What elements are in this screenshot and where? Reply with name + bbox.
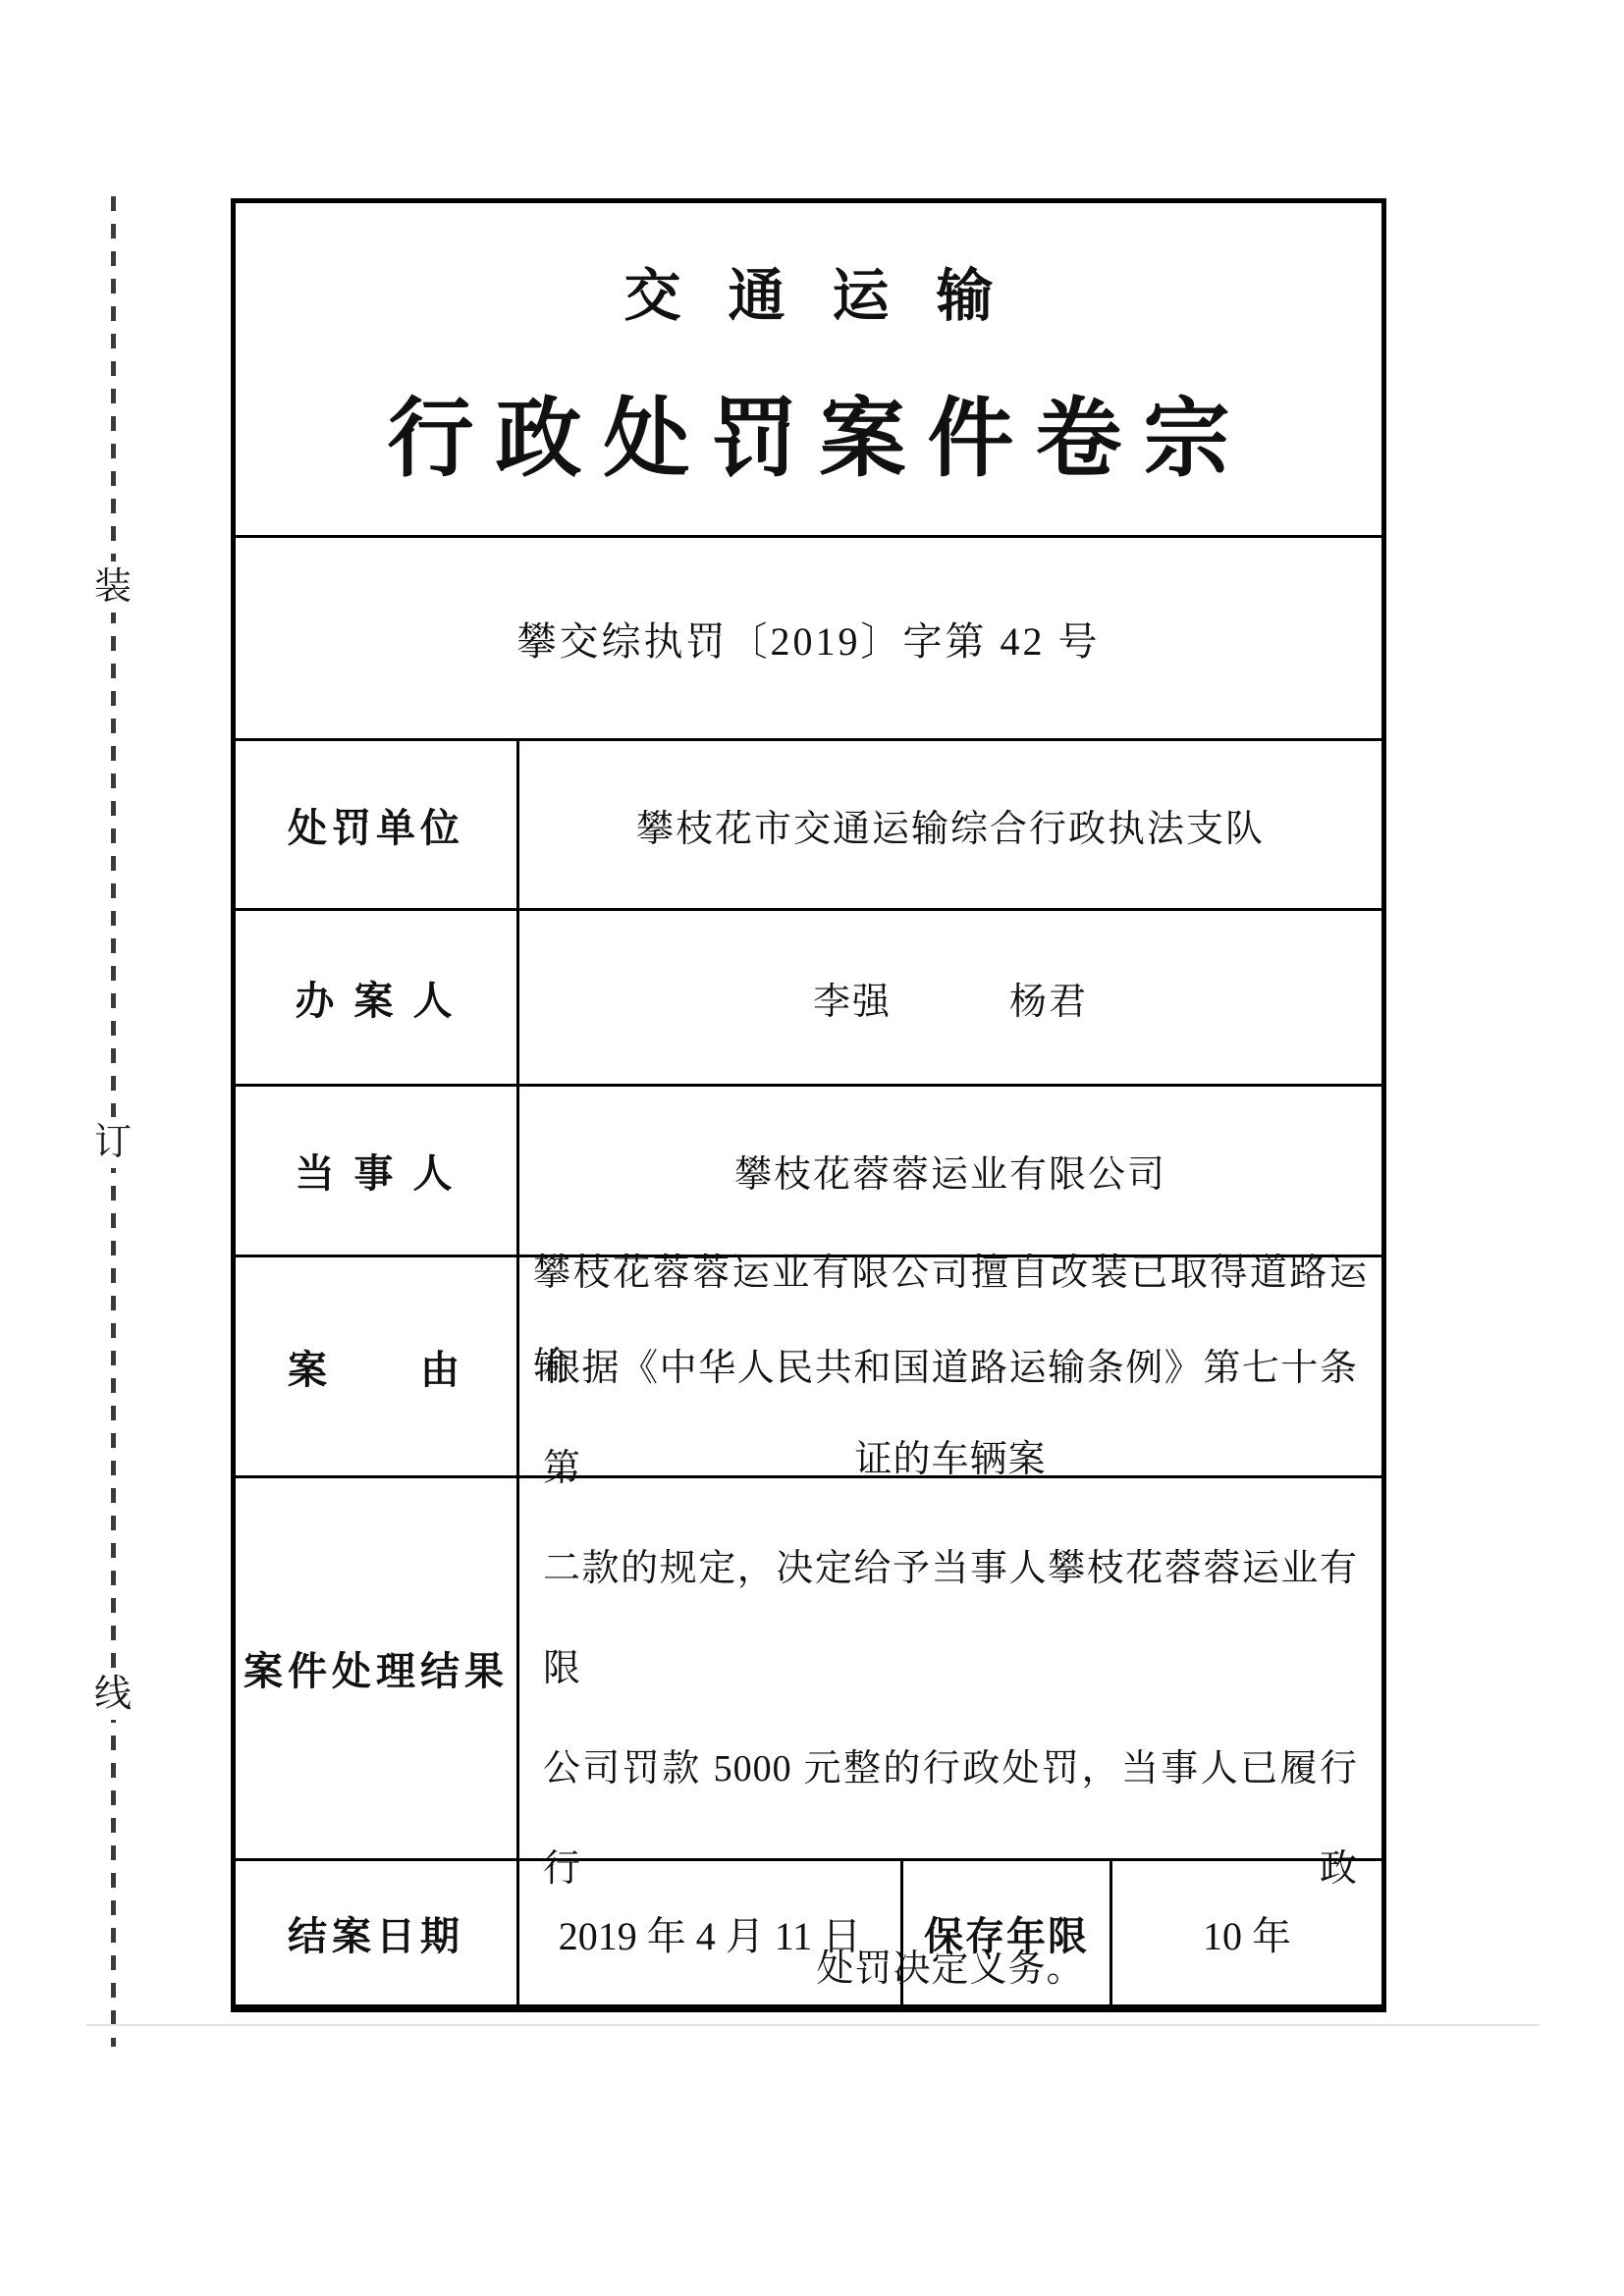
- title-block: 交通运输 行政处罚案件卷宗: [236, 203, 1381, 535]
- binding-char-ding: 订: [91, 1117, 135, 1168]
- retention-value: 10 年: [1112, 1861, 1381, 2004]
- binding-char-zhuang: 装: [91, 561, 135, 613]
- result-line-2: 二款的规定，决定给予当事人攀枝花蓉蓉运业有限: [543, 1519, 1358, 1719]
- punish-unit-value: 攀枝花市交通运输综合行政执法支队: [519, 741, 1381, 908]
- party-label: 当 事 人: [236, 1087, 519, 1255]
- result-value: 根据《中华人民共和国道路运输条例》第七十条第 二款的规定，决定给予当事人攀枝花蓉…: [519, 1478, 1381, 1858]
- result-line-1: 根据《中华人民共和国道路运输条例》第七十条第: [543, 1318, 1358, 1519]
- case-handlers-value: 李强 杨君: [519, 911, 1381, 1084]
- document-page: { "binding": { "chars": { "zhuang": "装",…: [0, 0, 1624, 2296]
- close-date-label: 结案日期: [236, 1861, 519, 2004]
- doc-type-heading: 交通运输: [576, 262, 1040, 331]
- case-file-table: 交通运输 行政处罚案件卷宗 攀交综执罚〔2019〕字第 42 号 处罚单位 攀枝…: [231, 198, 1386, 2012]
- case-number-row: 攀交综执罚〔2019〕字第 42 号: [236, 535, 1381, 738]
- case-number: 攀交综执罚〔2019〕字第 42 号: [517, 611, 1101, 667]
- page-fold-line: [86, 2024, 1540, 2026]
- binding-char-xian: 线: [91, 1669, 135, 1720]
- field-row-case-handlers: 办 案 人 李强 杨君: [236, 908, 1381, 1084]
- punish-unit-label: 处罚单位: [236, 741, 519, 908]
- page-title: 行政处罚案件卷宗: [365, 392, 1251, 490]
- case-handlers-label: 办 案 人: [236, 911, 519, 1084]
- close-date-value: 2019 年 4 月 11 日: [519, 1861, 903, 2004]
- footer-row: 结案日期 2019 年 4 月 11 日 保存年限 10 年: [236, 1858, 1381, 2004]
- field-row-result: 案件处理结果 根据《中华人民共和国道路运输条例》第七十条第 二款的规定，决定给予…: [236, 1475, 1381, 1858]
- cause-label: 案 由: [236, 1257, 519, 1475]
- field-row-punish-unit: 处罚单位 攀枝花市交通运输综合行政执法支队: [236, 738, 1381, 908]
- retention-label: 保存年限: [903, 1861, 1112, 2004]
- result-label: 案件处理结果: [236, 1478, 519, 1858]
